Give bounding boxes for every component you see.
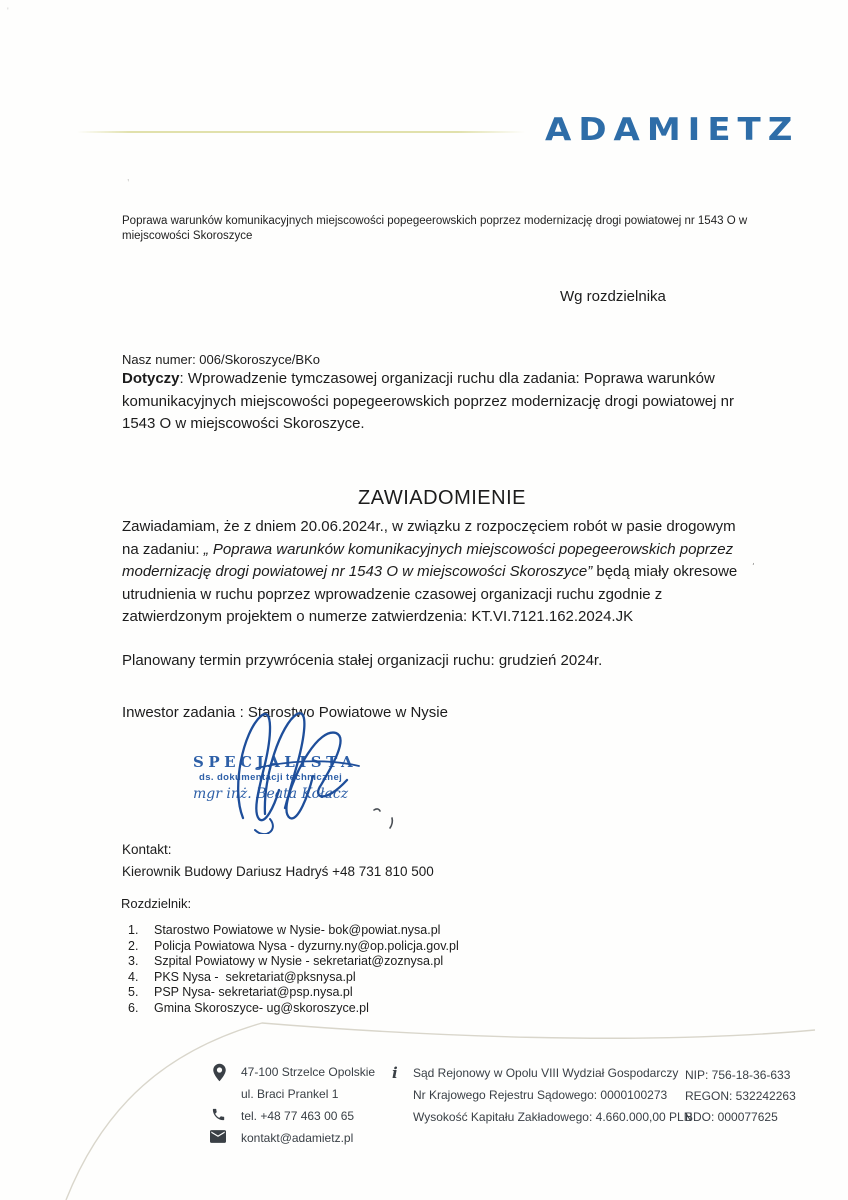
list-item: 1.Starostwo Powiatowe w Nysie- bok@powia… [128, 923, 459, 939]
footer-bdo: BDO: 000077625 [685, 1110, 778, 1124]
list-item: 3.Szpital Powiatowy w Nysie - sekretaria… [128, 954, 459, 970]
phone-icon [211, 1107, 226, 1122]
footer-nip: NIP: 756-18-36-633 [685, 1068, 790, 1082]
scan-speck-top-left: ' [7, 6, 9, 16]
footer-phone: tel. +48 77 463 00 65 [241, 1109, 354, 1123]
footer-court-line3: Wysokość Kapitału Zakładowego: 4.660.000… [413, 1110, 692, 1124]
subject-paragraph: Dotyczy: Wprowadzenie tymczasowej organi… [122, 368, 740, 436]
list-item-number: 3. [128, 954, 154, 970]
footer-address-line1: 47-100 Strzelce Opolskie [241, 1065, 375, 1079]
schedule-line: Planowany termin przywrócenia stałej org… [122, 650, 602, 673]
document-title: ZAWIADOMIENIE [122, 487, 762, 510]
list-item: 2.Policja Powiatowa Nysa - dyzurny.ny@op… [128, 939, 459, 955]
list-item-number: 4. [128, 970, 154, 986]
handwritten-signature [213, 706, 373, 834]
footer-email: kontakt@adamietz.pl [241, 1131, 353, 1145]
footer-court-line2: Nr Krajowego Rejestru Sądowego: 00001002… [413, 1088, 667, 1102]
list-item-text: Starostwo Powiatowe w Nysie- bok@powiat.… [154, 923, 440, 939]
body-paragraph: Zawiadamiam, że z dniem 20.06.2024r., w … [122, 516, 740, 629]
list-item: 4.PKS Nysa - sekretariat@pksnysa.pl [128, 970, 459, 986]
reference-number: Nasz numer: 006/Skoroszyce/BKo [122, 352, 320, 367]
list-item-number: 2. [128, 939, 154, 955]
project-header: Poprawa warunków komunikacyjnych miejsco… [122, 214, 748, 244]
scan-line-yellow [77, 131, 525, 133]
footer-court-line1: Sąd Rejonowy w Opolu VIII Wydział Gospod… [413, 1066, 678, 1080]
email-icon [210, 1130, 226, 1143]
list-item-text: Szpital Powiatowy w Nysie - sekretariat@… [154, 954, 443, 970]
list-item: 5.PSP Nysa- sekretariat@psp.nysa.pl [128, 985, 459, 1001]
stray-pen-marks [368, 804, 402, 838]
list-item-text: PSP Nysa- sekretariat@psp.nysa.pl [154, 985, 353, 1001]
scan-speck-right: ʾ [750, 562, 755, 574]
contact-block: Kontakt: Kierownik Budowy Dariusz Hadryś… [122, 839, 434, 882]
list-item-number: 5. [128, 985, 154, 1001]
document-page: ' ‛ ʾ ADAMIETZ Poprawa warunków komunika… [0, 0, 848, 1200]
contact-label: Kontakt: [122, 839, 434, 861]
subject-label: Dotyczy [122, 370, 180, 387]
footer-regon: REGON: 532242263 [685, 1089, 796, 1103]
recipient-line: Wg rozdzielnika [560, 288, 666, 305]
location-pin-icon [212, 1063, 227, 1082]
list-item-number: 1. [128, 923, 154, 939]
list-item-text: Policja Powiatowa Nysa - dyzurny.ny@op.p… [154, 939, 459, 955]
footer-address-line2: ul. Braci Prankel 1 [241, 1087, 338, 1101]
contact-person: Kierownik Budowy Dariusz Hadryś +48 731 … [122, 861, 434, 883]
list-item-text: PKS Nysa - sekretariat@pksnysa.pl [154, 970, 356, 986]
info-icon: i [392, 1064, 398, 1082]
distribution-label: Rozdzielnik: [121, 896, 191, 911]
subject-text: : Wprowadzenie tymczasowej organizacji r… [122, 370, 734, 432]
scan-speck-left: ‛ [127, 178, 131, 189]
company-logo: ADAMIETZ [545, 112, 799, 149]
